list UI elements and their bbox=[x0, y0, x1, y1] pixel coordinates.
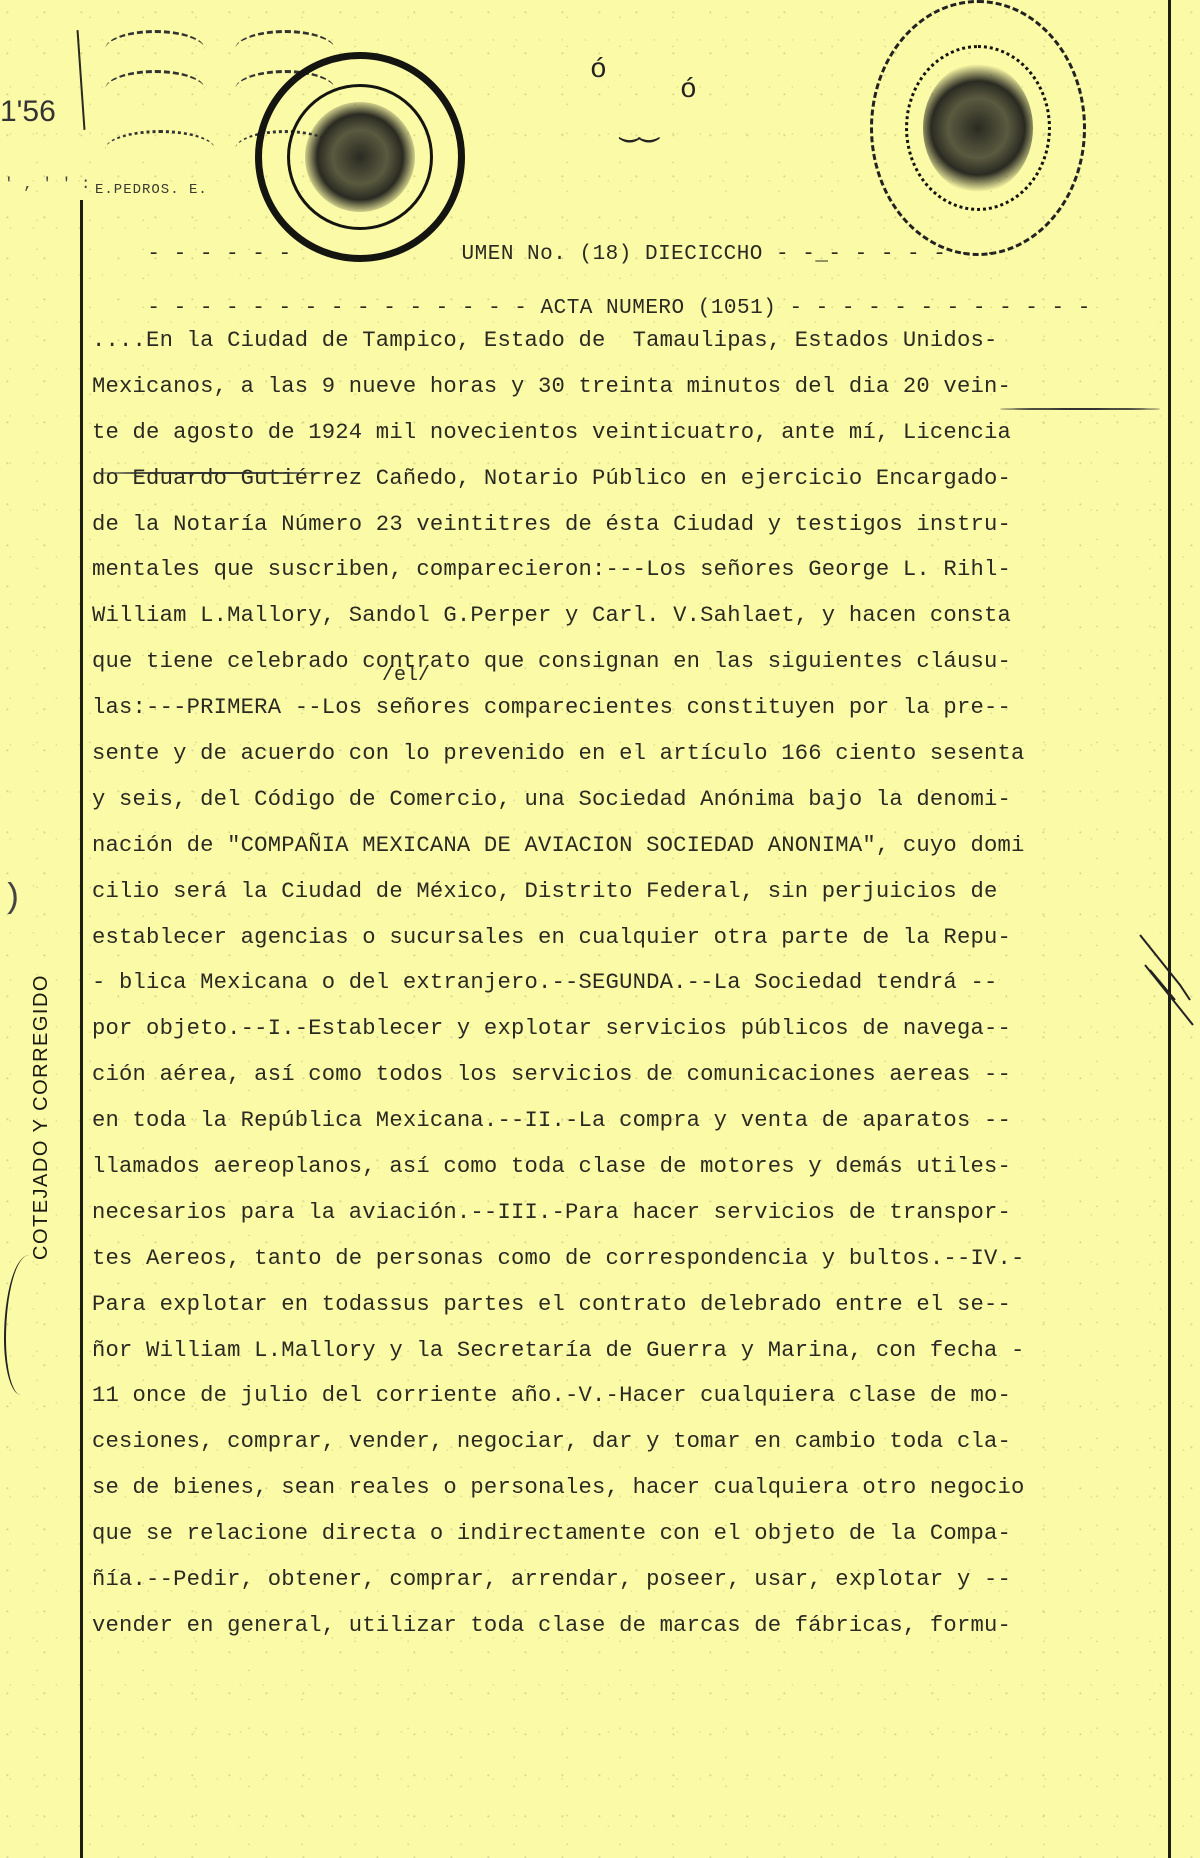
text-line: ción aérea, así como todos los servicios… bbox=[92, 1052, 1167, 1098]
text-line: y seis, del Código de Comercio, una Soci… bbox=[92, 777, 1167, 823]
text-line: cesiones, comprar, vender, negociar, dar… bbox=[92, 1419, 1167, 1465]
text-line: se de bienes, sean reales o personales, … bbox=[92, 1465, 1167, 1511]
text-line: establecer agencias o sucursales en cual… bbox=[92, 915, 1167, 961]
stamp-label: E.PEDROS. E. bbox=[95, 182, 208, 198]
text-line: ñor William L.Mallory y la Secretaría de… bbox=[92, 1328, 1167, 1374]
seal-eagle-emblem-icon bbox=[305, 102, 415, 212]
acta-label: ACTA NUMERO (1051) bbox=[541, 297, 777, 320]
text-line: ñía.--Pedir, obtener, comprar, arrendar,… bbox=[92, 1557, 1167, 1603]
text-line: de la Notaría Número 23 veintitres de és… bbox=[92, 502, 1167, 548]
margin-number: 1'56 bbox=[0, 95, 56, 129]
correction-strokes-icon bbox=[1135, 930, 1195, 1040]
stamp-wave-icon bbox=[105, 30, 205, 69]
stamp-wave-icon bbox=[105, 130, 215, 169]
text-line: sente y de acuerdo con lo prevenido en e… bbox=[92, 731, 1167, 777]
acta-trailing: - - - - - - - - - - - - bbox=[789, 297, 1090, 320]
text-line: cilio será la Ciudad de México, Distrito… bbox=[92, 869, 1167, 915]
document-page: 1'56 ' , ' ' : E.PEDROS. E. ó ó ‿‿ - - -… bbox=[0, 0, 1200, 1858]
text-line: William L.Mallory, Sandol G.Perper y Car… bbox=[92, 593, 1167, 639]
left-margin-rule-top bbox=[77, 30, 86, 130]
seal-emblem-icon bbox=[923, 63, 1033, 193]
paper-mark-icon: ó bbox=[590, 55, 607, 86]
seal-inner-ring bbox=[287, 84, 433, 230]
deed-body: ....En la Ciudad de Tampico, Estado de T… bbox=[92, 318, 1167, 1649]
text-line: por objeto.--I.-Establecer y explotar se… bbox=[92, 1006, 1167, 1052]
right-margin-rule bbox=[1168, 0, 1171, 1858]
text-line: ....En la Ciudad de Tampico, Estado de T… bbox=[92, 318, 1167, 364]
text-line: Mexicanos, a las 9 nueve horas y 30 trei… bbox=[92, 364, 1167, 410]
verification-stamp: COTEJADO Y CORREGIDO bbox=[30, 974, 53, 1260]
paper-mark-icon: ó bbox=[680, 75, 697, 106]
seal-inner-ring bbox=[905, 45, 1051, 211]
text-line: mentales que suscriben, comparecieron:--… bbox=[92, 547, 1167, 593]
signature-loop-icon bbox=[4, 1255, 46, 1395]
text-line: nación de "COMPAÑIA MEXICANA DE AVIACION… bbox=[92, 823, 1167, 869]
margin-bracket-icon: ) bbox=[2, 880, 22, 918]
text-line: vender en general, utilizar toda clase d… bbox=[92, 1603, 1167, 1649]
archive-seal-right bbox=[870, 0, 1086, 256]
left-margin-rule bbox=[80, 200, 83, 1858]
text-line: - blica Mexicana o del extranjero.--SEGU… bbox=[92, 960, 1167, 1006]
text-line: las:---PRIMERA --Los señores comparecien… bbox=[92, 685, 1167, 731]
text-line: necesarios para la aviación.--III.-Para … bbox=[92, 1190, 1167, 1236]
paper-mark-icon: ‿‿ bbox=[620, 105, 659, 145]
text-line: te de agosto de 1924 mil novecientos vei… bbox=[92, 410, 1167, 456]
interlineation: /el/ bbox=[382, 664, 430, 687]
acta-dashes: - - - - - - - - - - - - - - - bbox=[147, 297, 527, 320]
handwritten-underline bbox=[95, 472, 325, 474]
text-line: do Eduardo Gutiérrez Cañedo, Notario Púb… bbox=[92, 456, 1167, 502]
text-line: que tiene celebrado contrato que consign… bbox=[92, 639, 1167, 685]
margin-mark: ' , ' ' : bbox=[4, 175, 90, 193]
text-line: que se relacione directa o indirectament… bbox=[92, 1511, 1167, 1557]
handwritten-underline bbox=[1000, 408, 1160, 410]
text-line: Para explotar en todassus partes el cont… bbox=[92, 1282, 1167, 1328]
text-line: tes Aereos, tanto de personas como de co… bbox=[92, 1236, 1167, 1282]
stamp-wave-icon bbox=[105, 70, 205, 109]
volume-dashes: - - - - - - bbox=[147, 243, 291, 266]
volume-trailing: - -_- - - - - - - bbox=[776, 243, 999, 266]
volume-label: UMEN No. (18) DIECICCHO bbox=[462, 243, 763, 266]
text-line: en toda la República Mexicana.--II.-La c… bbox=[92, 1098, 1167, 1144]
text-line: llamados aereoplanos, así como toda clas… bbox=[92, 1144, 1167, 1190]
text-line: 11 once de julio del corriente año.-V.-H… bbox=[92, 1373, 1167, 1419]
